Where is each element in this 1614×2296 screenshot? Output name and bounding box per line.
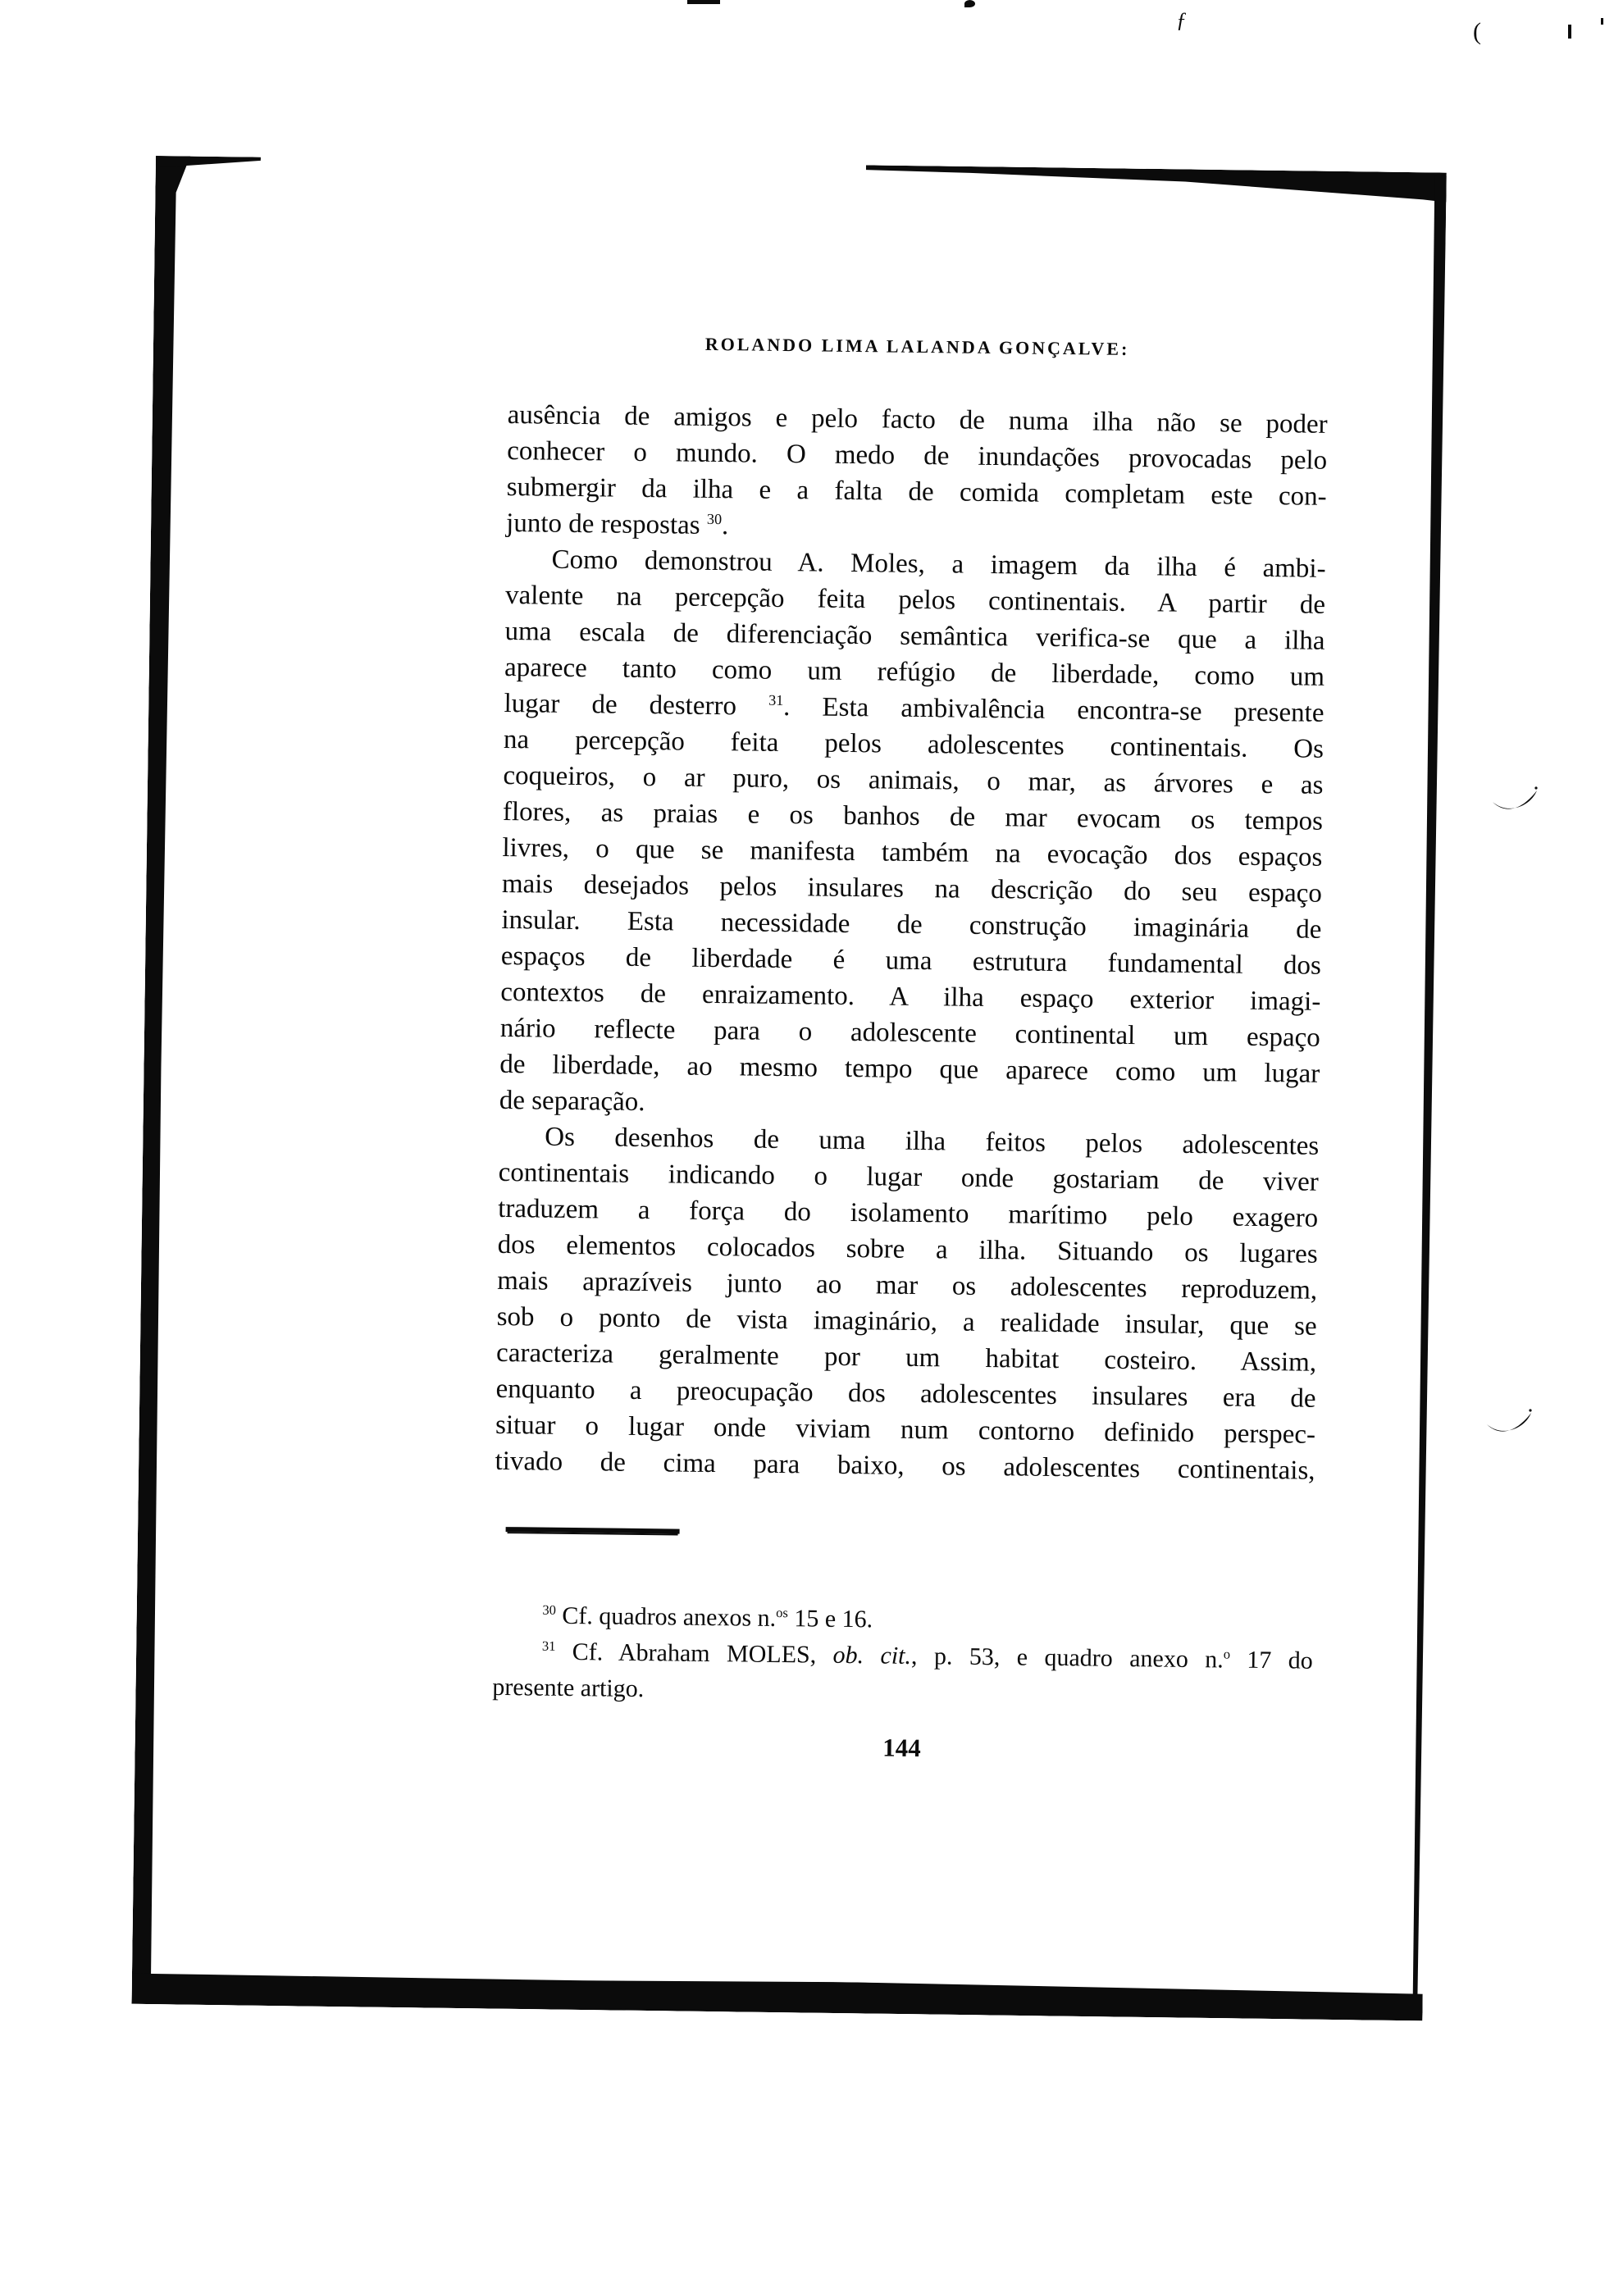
- scan-artifact-tick: [1601, 18, 1603, 25]
- scan-artifact-mark: ƒ: [1176, 8, 1187, 33]
- scan-artifact-dash: [687, 0, 720, 4]
- scan-border-bottom: [131, 1973, 1422, 2021]
- scan-border-top-left-line: [156, 156, 261, 167]
- paragraph: Os desenhos de uma ilha feitos pelos ado…: [495, 1118, 1319, 1489]
- paragraph: Como demonstrou A. Moles, a imagem da il…: [499, 541, 1326, 1128]
- scan-border-top-right: [865, 165, 1446, 202]
- body-paragraphs: ausência de amigos e pelo facto de numa …: [495, 397, 1328, 1489]
- paragraph: ausência de amigos e pelo facto de numa …: [506, 397, 1328, 551]
- page-number: 144: [491, 1729, 1311, 1768]
- page-text-block: ROLANDO LIMA LALANDA GONÇALVE: ausência …: [491, 328, 1329, 1814]
- scan-artifact-speck: [964, 0, 975, 7]
- footnotes: 30 Cf. quadros anexos n.os 15 e 16. 31 C…: [492, 1597, 1313, 1715]
- scan-border-right: [1409, 175, 1446, 2012]
- scan-border-left: [132, 156, 190, 1978]
- footnote-31: 31 Cf. Abraham MOLES, ob. cit., p. 53, e…: [492, 1633, 1313, 1715]
- footnote-rule: [506, 1527, 680, 1534]
- scan-artifact-paren: (: [1473, 18, 1481, 46]
- crescent-mark-upper: [1491, 786, 1542, 818]
- crescent-mark-lower: [1485, 1408, 1536, 1441]
- scan-artifact-bar: [1568, 25, 1571, 39]
- scanned-page: ROLANDO LIMA LALANDA GONÇALVE: ausência …: [0, 0, 1614, 2296]
- running-head: ROLANDO LIMA LALANDA GONÇALVE:: [705, 334, 1091, 360]
